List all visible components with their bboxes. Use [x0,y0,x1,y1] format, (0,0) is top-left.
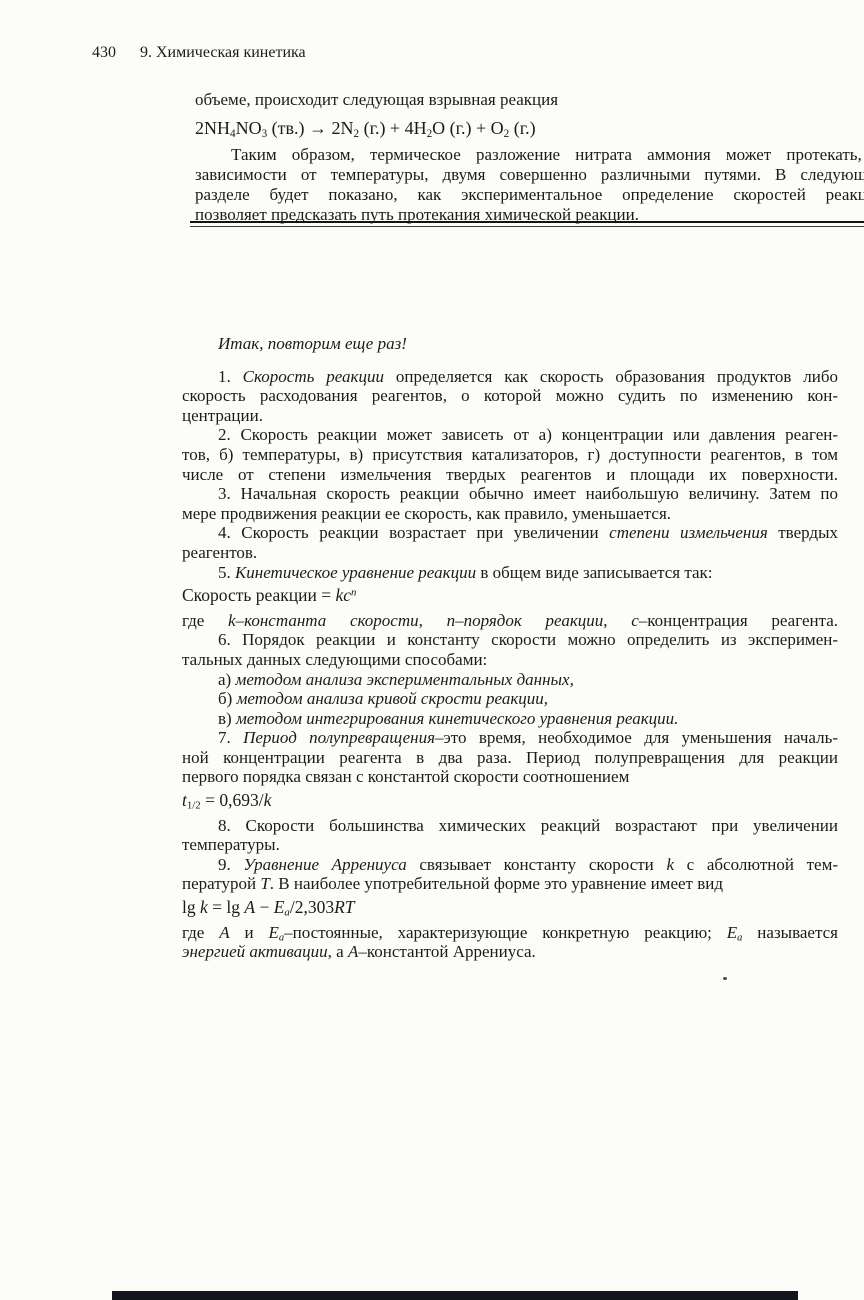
text-segment: Кинетическое уравнение реакции [235,563,476,582]
text-segment: n [447,611,456,630]
text-segment: в общем виде записывается так: [476,563,712,582]
text-segment: и [230,923,269,942]
text-segment: E [274,897,285,917]
scan-speck [723,977,727,980]
text-segment: ной концентрации реагента в два раза. Пе… [182,748,838,767]
text-segment: зависимости от температуры, двумя соверш… [195,165,864,184]
text-segment: –это время, необходимое для уменьшения н… [435,728,838,747]
text-segment: 2. Скорость реакции может зависеть от а)… [218,425,838,444]
text-line: 8. Скорости большинства химических реакц… [182,816,838,836]
text-segment: – [455,611,464,630]
summary-item-1: 1. Скорость реакции определяется как ско… [182,367,838,426]
text-segment: (тв.) → 2N [267,118,353,138]
text-segment: (г.) + 4H [359,118,427,138]
text-segment: разделе будет показано, как эксперимента… [195,185,864,204]
summary-item-4: 4. Скорость реакции возрастает при увели… [182,523,838,562]
text-segment: –концентрация реагента. [639,611,838,630]
text-segment: NO [236,118,262,138]
text-line: скорость расходования реагентов, о котор… [182,386,838,406]
text-segment: Скорость реакции [243,367,384,386]
text-line: t1/2 = 0,693/k [182,791,838,811]
text-segment: Скорость реакции = [182,585,335,605]
text-line: ной концентрации реагента в два раза. Пе… [182,748,838,768]
text-segment: T [260,874,269,893]
text-segment: E [268,923,278,942]
text-line: тальных данных следующими способами: [182,650,838,670]
text-segment: /2,303 [290,897,334,917]
summary-item-2: 2. Скорость реакции может зависеть от а)… [182,425,838,484]
text-line: пературой T. В наиболее употребительной … [182,874,838,894]
text-segment: где [182,611,228,630]
text-segment: A [348,942,358,961]
text-segment: пературой [182,874,260,893]
summary-item-7: 7. Период полупревращения–это время, нео… [182,728,838,787]
text-line: в) методом интегрирования кинетического … [182,709,838,729]
text-segment: 9. [218,855,243,874]
text-segment: центрации. [182,406,263,425]
text-line: 1. Скорость реакции определяется как ско… [182,367,838,387]
text-segment: RT [334,897,354,917]
text-segment: 8. Скорости большинства химических реакц… [218,816,838,835]
summary-item-6: 6. Порядок реакции и константу скорости … [182,630,838,669]
text-line: где k–константа скорости, n–порядок реак… [182,611,838,631]
text-segment: 5. [218,563,235,582]
text-segment: температуры. [182,835,280,854]
text-segment: твердых [768,523,838,542]
text-segment: 2NH [195,118,230,138]
text-segment: kc [335,585,351,605]
text-segment: первого порядка связан с константой скор… [182,767,629,786]
arrhenius-definitions: где A и Ea–постоянные, характеризующие к… [182,923,838,962]
text-segment: Таким образом, термическое разложение ни… [231,145,864,164]
text-segment: порядок реакции [464,611,604,630]
book-page: 430 9. Химическая кинетика объеме, проис… [0,0,864,1300]
text-line: б) методом анализа кривой скрости реакци… [182,689,838,709]
text-segment: , [419,611,447,630]
text-segment: = 0,693/ [201,790,264,810]
method-c: в) методом интегрирования кинетического … [182,709,838,729]
text-segment: константа скорости [244,611,419,630]
text-segment: = lg [208,897,245,917]
text-segment: реагентов. [182,543,257,562]
text-segment: k [200,897,208,917]
text-segment: методом анализа экспериментальных данных… [235,670,573,689]
summary-item-9: 9. Уравнение Аррениуса связывает констан… [182,855,838,894]
text-segment: 1. [218,367,243,386]
method-a: а) методом анализа экспериментальных дан… [182,670,838,690]
text-line: где A и Ea–постоянные, характеризующие к… [182,923,838,943]
text-segment: методом анализа кривой скрости реакции, [237,689,548,708]
text-segment: числе от степени измельчения твердых реа… [182,465,838,484]
text-segment: (г.) [509,118,535,138]
text-line: первого порядка связан с константой скор… [182,767,838,787]
text-line: тов, б) температуры, в) присутствия ката… [182,445,838,465]
text-line: Таким образом, термическое разложение ни… [195,145,864,165]
text-segment: тальных данных следующими способами: [182,650,487,669]
text-segment: Период полупревращения [243,728,435,747]
text-segment: n [351,587,356,599]
chemical-equation: 2NH4NO3 (тв.) → 2N2 (г.) + 4H2O (г.) + O… [195,116,864,140]
text-line: 4. Скорость реакции возрастает при увели… [182,523,838,543]
text-segment: lg [182,897,200,917]
text-line: энергией активации, а A–константой Аррен… [182,942,838,962]
summary-item-5: 5. Кинетическое уравнение реакции в обще… [182,563,838,583]
text-segment: методом интегрирования кинетического ура… [236,709,678,728]
rate-constant-definitions: где k–константа скорости, n–порядок реак… [182,611,838,631]
text-segment: A [244,897,255,917]
text-line: реагентов. [182,543,838,563]
text-line: Итак, повторим еще раз! [182,334,838,354]
arrhenius-formula: lg k = lg A − Ea/2,303RT [182,898,838,918]
kinetic-equation-formula: Скорость реакции = kcn [182,586,838,606]
text-segment: –константой Аррениуса. [358,942,535,961]
text-segment: а) [218,670,235,689]
text-line: центрации. [182,406,838,426]
text-segment: , а [328,942,348,961]
text-line: мере продвижения реакции ее скорость, ка… [182,504,838,524]
text-segment: Итак, повторим еще раз! [218,334,407,353]
text-line: lg k = lg A − Ea/2,303RT [182,898,838,918]
text-segment: связывает константу скорости [407,855,667,874]
summary-item-8: 8. Скорости большинства химических реакц… [182,816,838,855]
half-life-formula: t1/2 = 0,693/k [182,791,838,811]
text-line: температуры. [182,835,838,855]
text-segment: k [264,790,272,810]
text-segment: степени измельчения [609,523,768,542]
text-segment: A [219,923,229,942]
text-segment: 3. Начальная скорость реакции обычно име… [218,484,838,503]
text-line: числе от степени измельчения твердых реа… [182,465,838,485]
chapter-header: 9. Химическая кинетика [140,44,306,62]
text-line: а) методом анализа экспериментальных дан… [182,670,838,690]
text-segment: , [603,611,631,630]
text-segment: 6. Порядок реакции и константу скорости … [218,630,838,649]
text-segment: k [666,855,674,874]
text-line: 7. Период полупревращения–это время, нео… [182,728,838,748]
text-segment: тов, б) температуры, в) присутствия ката… [182,445,838,464]
text-line: зависимости от температуры, двумя соверш… [195,165,864,185]
text-segment: б) [218,689,237,708]
text-segment: определяется как скорость образования пр… [384,367,838,386]
text-line: 9. Уравнение Аррениуса связывает констан… [182,855,838,875]
text-segment: где [182,923,219,942]
text-segment: 1/2 [187,800,201,812]
text-segment: − [255,897,274,917]
top-paragraph: Таким образом, термическое разложение ни… [195,145,864,225]
text-segment: E [727,923,737,942]
text-segment: с [631,611,639,630]
text-segment: O (г.) + O [432,118,504,138]
text-segment: в) [218,709,236,728]
text-segment: 7. [218,728,243,747]
text-line: 2. Скорость реакции может зависеть от а)… [182,425,838,445]
text-segment: мере продвижения реакции ее скорость, ка… [182,504,671,523]
bottom-scan-artifact-bar [112,1291,798,1300]
text-segment: 4. Скорость реакции возрастает при увели… [218,523,609,542]
summary-item-3: 3. Начальная скорость реакции обычно име… [182,484,838,523]
summary-section: Итак, повторим еще раз!1. Скорость реакц… [182,334,838,962]
text-segment: энергией активации [182,942,328,961]
text-segment: называется [742,923,838,942]
text-segment: –постоянные, характеризующие конкретную … [284,923,727,942]
text-segment: Уравнение Аррениуса [243,855,406,874]
text-line: разделе будет показано, как эксперимента… [195,185,864,205]
text-segment: . В наиболее употребительной форме это у… [270,874,723,893]
text-segment: k [228,611,236,630]
intro-line: объеме, происходит следующая взрывная ре… [195,90,864,110]
summary-heading: Итак, повторим еще раз! [182,334,838,354]
top-section: объеме, происходит следующая взрывная ре… [195,90,864,225]
page-number: 430 [92,44,116,62]
text-segment: – [236,611,245,630]
text-segment: с абсолютной тем- [674,855,838,874]
text-line: Скорость реакции = kcn [182,586,838,606]
section-divider-rule [190,221,864,227]
text-line: 5. Кинетическое уравнение реакции в обще… [182,563,838,583]
text-line: 3. Начальная скорость реакции обычно име… [182,484,838,504]
method-b: б) методом анализа кривой скрости реакци… [182,689,838,709]
text-line: 6. Порядок реакции и константу скорости … [182,630,838,650]
text-segment: скорость расходования реагентов, о котор… [182,386,838,405]
